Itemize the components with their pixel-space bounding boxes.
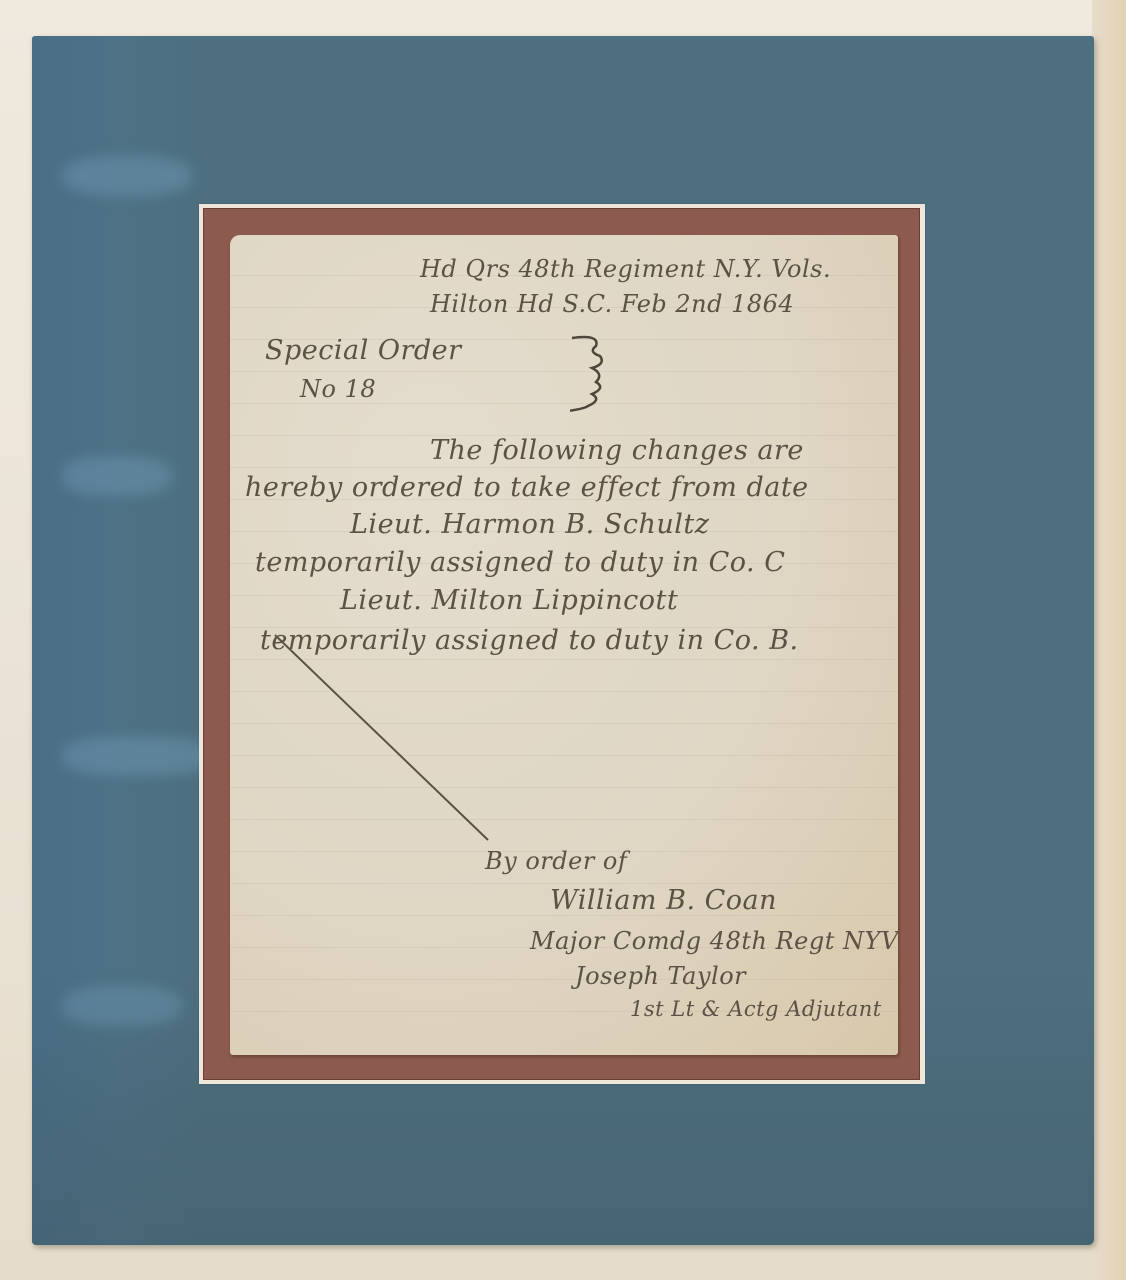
plastic-sleeve-glare	[62, 456, 172, 496]
plastic-sleeve-glare	[62, 156, 192, 196]
wall-edge	[1092, 0, 1126, 1280]
commander-name: William B. Coan	[550, 885, 777, 916]
document-paper: Hd Qrs 48th Regiment N.Y. Vols. Hilton H…	[230, 235, 898, 1055]
adjutant-title: 1st Lt & Actg Adjutant	[630, 997, 882, 1021]
plastic-sleeve-glare	[62, 736, 212, 776]
plastic-sleeve-glare	[62, 986, 182, 1026]
by-order-of: By order of	[485, 847, 627, 875]
adjutant-name: Joseph Taylor	[575, 962, 746, 990]
commander-title: Major Comdg 48th Regt NYV	[530, 927, 898, 955]
